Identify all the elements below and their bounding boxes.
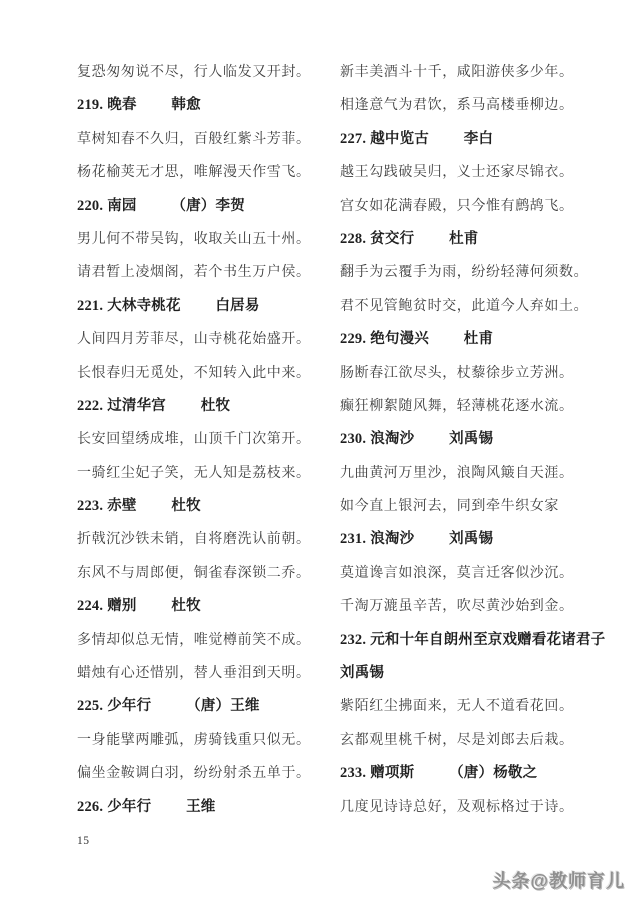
poem-title: 少年行: [107, 698, 151, 714]
poem-number: 229.: [340, 331, 366, 347]
poem-title-row: 222.过清华宫杜牧: [77, 390, 335, 423]
verse-line: 肠断春江欲尽头，杖藜徐步立芳洲。: [340, 357, 640, 390]
poem-number: 230.: [340, 431, 366, 447]
verse-text: 杨花榆荚无才思，唯解漫天作雪飞。: [77, 165, 311, 180]
poem-title: 贫交行: [370, 231, 414, 247]
verse-text: 折戟沉沙铁未销，自将磨洗认前朝。: [77, 532, 311, 547]
poem-number: 227.: [340, 131, 366, 147]
verse-line: 九曲黄河万里沙，浪陶风簸自天涯。: [340, 457, 640, 490]
poem-title: 南园: [107, 198, 136, 214]
poem-author: 李白: [464, 131, 493, 147]
verse-text: 莫道谗言如浪深，莫言迁客似沙沉。: [340, 566, 574, 581]
verse-text: 癫狂柳絮随风舞，轻薄桃花逐水流。: [340, 399, 574, 414]
verse-text: 偏坐金鞍调白羽，纷纷射杀五单于。: [77, 766, 311, 781]
poem-title: 浪淘沙: [370, 531, 414, 547]
verse-line: 紫陌红尘拂面来，无人不道看花回。: [340, 690, 640, 723]
poem-author: （唐）王维: [186, 698, 260, 714]
poem-title: 赠别: [107, 598, 136, 614]
verse-text: 请君暂上凌烟阁，若个书生万户侯。: [77, 265, 311, 280]
poem-title-row: 232.元和十年自朗州至京戏赠看花诸君子: [340, 624, 640, 657]
verse-text: 翻手为云覆手为雨，纷纷轻薄何须数。: [340, 265, 588, 280]
verse-text: 君不见管鲍贫时交，此道今人弃如土。: [340, 299, 588, 314]
poem-number: 221.: [77, 298, 103, 314]
left-column: 复恐匆匆说不尽，行人临发又开封。219.晚春韩愈草树知春不久归，百般红紫斗芳菲。…: [77, 56, 335, 824]
verse-line: 人间四月芳菲尽，山寺桃花始盛开。: [77, 323, 335, 356]
poem-title-row: 226.少年行王维: [77, 791, 335, 824]
verse-line: 杨花榆荚无才思，唯解漫天作雪飞。: [77, 156, 335, 189]
verse-line: 长恨春归无觅处，不知转入此中来。: [77, 357, 335, 390]
verse-text: 几度见诗诗总好，及观标格过于诗。: [340, 800, 574, 815]
poem-author: 韩愈: [171, 97, 200, 113]
poem-title-row: 224.赠别杜牧: [77, 590, 335, 623]
verse-line: 宫女如花满春殿，只今惟有鹧鸪飞。: [340, 190, 640, 223]
poem-title: 赤壁: [107, 498, 136, 514]
verse-text: 宫女如花满春殿，只今惟有鹧鸪飞。: [340, 199, 574, 214]
poem-number: 226.: [77, 799, 103, 815]
poem-author: （唐）李贺: [171, 198, 245, 214]
verse-text: 如今直上银河去，同到牵牛织女家: [340, 499, 559, 514]
verse-line: 一骑红尘妃子笑，无人知是荔枝来。: [77, 457, 335, 490]
page-number: 15: [77, 831, 90, 851]
right-column: 新丰美酒斗十千，咸阳游侠多少年。相逢意气为君饮，系马高楼垂柳边。227.越中览古…: [340, 56, 640, 824]
poem-title: 越中览古: [370, 131, 429, 147]
poem-title-row: 231.浪淘沙刘禹锡: [340, 523, 640, 556]
poem-number: 225.: [77, 698, 103, 714]
poem-author: 杜牧: [171, 498, 200, 514]
verse-line: 请君暂上凌烟阁，若个书生万户侯。: [77, 256, 335, 289]
poem-title: 过清华宫: [107, 398, 166, 414]
poem-title-row: 229.绝句漫兴杜甫: [340, 323, 640, 356]
poem-title-row: 227.越中览古李白: [340, 123, 640, 156]
verse-line: 多情却似总无情，唯觉樽前笑不成。: [77, 624, 335, 657]
verse-line: 蜡烛有心还惜别，替人垂泪到天明。: [77, 657, 335, 690]
poem-number: 219.: [77, 97, 103, 113]
poem-number: 224.: [77, 598, 103, 614]
poem-author: 杜甫: [449, 231, 478, 247]
verse-line: 复恐匆匆说不尽，行人临发又开封。: [77, 56, 335, 89]
poem-title-row: 220.南园（唐）李贺: [77, 190, 335, 223]
poem-number: 231.: [340, 531, 366, 547]
poem-number: 233.: [340, 765, 366, 781]
poem-title: 晚春: [107, 97, 136, 113]
verse-line: 相逢意气为君饮，系马高楼垂柳边。: [340, 89, 640, 122]
verse-text: 一骑红尘妃子笑，无人知是荔枝来。: [77, 466, 311, 481]
watermark: 头条@教师育儿: [492, 868, 625, 894]
verse-line: 几度见诗诗总好，及观标格过于诗。: [340, 791, 640, 824]
verse-text: 人间四月芳菲尽，山寺桃花始盛开。: [77, 332, 311, 347]
poem-title-row: 233.赠项斯（唐）杨敬之: [340, 757, 640, 790]
poem-title-row: 223.赤壁杜牧: [77, 490, 335, 523]
verse-line: 君不见管鲍贫时交，此道今人弃如土。: [340, 290, 640, 323]
verse-line: 莫道谗言如浪深，莫言迁客似沙沉。: [340, 557, 640, 590]
poem-author: （唐）杨敬之: [449, 765, 537, 781]
verse-text: 蜡烛有心还惜别，替人垂泪到天明。: [77, 666, 311, 681]
poem-title-row: 225.少年行（唐）王维: [77, 690, 335, 723]
poem-number: 228.: [340, 231, 366, 247]
verse-line: 如今直上银河去，同到牵牛织女家: [340, 490, 640, 523]
verse-text: 草树知春不久归，百般红紫斗芳菲。: [77, 132, 311, 147]
verse-text: 长恨春归无觅处，不知转入此中来。: [77, 366, 311, 381]
poem-title: 大林寺桃花: [107, 298, 181, 314]
verse-text: 九曲黄河万里沙，浪陶风簸自天涯。: [340, 466, 574, 481]
poem-number: 220.: [77, 198, 103, 214]
verse-line: 偏坐金鞍调白羽，纷纷射杀五单于。: [77, 757, 335, 790]
document-page: 复恐匆匆说不尽，行人临发又开封。219.晚春韩愈草树知春不久归，百般红紫斗芳菲。…: [0, 0, 640, 906]
verse-text: 千淘万漉虽辛苦，吹尽黄沙始到金。: [340, 599, 574, 614]
poem-number: 232.: [340, 632, 366, 648]
verse-line: 草树知春不久归，百般红紫斗芳菲。: [77, 123, 335, 156]
poem-author: 刘禹锡: [449, 431, 493, 447]
verse-text: 复恐匆匆说不尽，行人临发又开封。: [77, 65, 311, 80]
verse-line: 折戟沉沙铁未销，自将磨洗认前朝。: [77, 523, 335, 556]
verse-text: 紫陌红尘拂面来，无人不道看花回。: [340, 699, 574, 714]
verse-line: 男儿何不带吴钩，收取关山五十州。: [77, 223, 335, 256]
verse-text: 相逢意气为君饮，系马高楼垂柳边。: [340, 98, 574, 113]
poem-number: 223.: [77, 498, 103, 514]
verse-line: 东风不与周郎便，铜雀春深锁二乔。: [77, 557, 335, 590]
verse-text: 一身能擘两雕弧，虏骑钱重只似无。: [77, 733, 311, 748]
verse-text: 越王勾践破吴归，义士还家尽锦衣。: [340, 165, 574, 180]
poem-title: 少年行: [107, 799, 151, 815]
verse-line: 癫狂柳絮随风舞，轻薄桃花逐水流。: [340, 390, 640, 423]
poem-author: 杜牧: [171, 598, 200, 614]
poem-author: 刘禹锡: [449, 531, 493, 547]
poem-title-row: 228.贫交行杜甫: [340, 223, 640, 256]
poem-title-row: 230.浪淘沙刘禹锡: [340, 423, 640, 456]
verse-line: 越王勾践破吴归，义士还家尽锦衣。: [340, 156, 640, 189]
verse-line: 长安回望绣成堆，山顶千门次第开。: [77, 423, 335, 456]
poem-author: 杜甫: [464, 331, 493, 347]
poem-title: 元和十年自朗州至京戏赠看花诸君子: [370, 632, 605, 648]
verse-line: 新丰美酒斗十千，咸阳游侠多少年。: [340, 56, 640, 89]
poem-title-row: 219.晚春韩愈: [77, 89, 335, 122]
verse-line: 一身能擘两雕弧，虏骑钱重只似无。: [77, 724, 335, 757]
poem-title: 赠项斯: [370, 765, 414, 781]
verse-line: 翻手为云覆手为雨，纷纷轻薄何须数。: [340, 256, 640, 289]
verse-text: 多情却似总无情，唯觉樽前笑不成。: [77, 633, 311, 648]
verse-text: 新丰美酒斗十千，咸阳游侠多少年。: [340, 65, 574, 80]
verse-text: 肠断春江欲尽头，杖藜徐步立芳洲。: [340, 366, 574, 381]
poem-author: 白居易: [215, 298, 259, 314]
verse-text: 东风不与周郎便，铜雀春深锁二乔。: [77, 566, 311, 581]
verse-text: 男儿何不带吴钩，收取关山五十州。: [77, 232, 311, 247]
verse-line: 玄都观里桃千树，尽是刘郎去后栽。: [340, 724, 640, 757]
poem-title: 浪淘沙: [370, 431, 414, 447]
verse-text: 长安回望绣成堆，山顶千门次第开。: [77, 432, 311, 447]
poem-author: 杜牧: [201, 398, 230, 414]
poem-title: 绝句漫兴: [370, 331, 429, 347]
poem-author-row: 刘禹锡: [340, 657, 640, 690]
poem-author: 刘禹锡: [340, 665, 384, 681]
verse-text: 玄都观里桃千树，尽是刘郎去后栽。: [340, 733, 574, 748]
poem-title-row: 221.大林寺桃花白居易: [77, 290, 335, 323]
poem-author: 王维: [186, 799, 215, 815]
poem-number: 222.: [77, 398, 103, 414]
verse-line: 千淘万漉虽辛苦，吹尽黄沙始到金。: [340, 590, 640, 623]
